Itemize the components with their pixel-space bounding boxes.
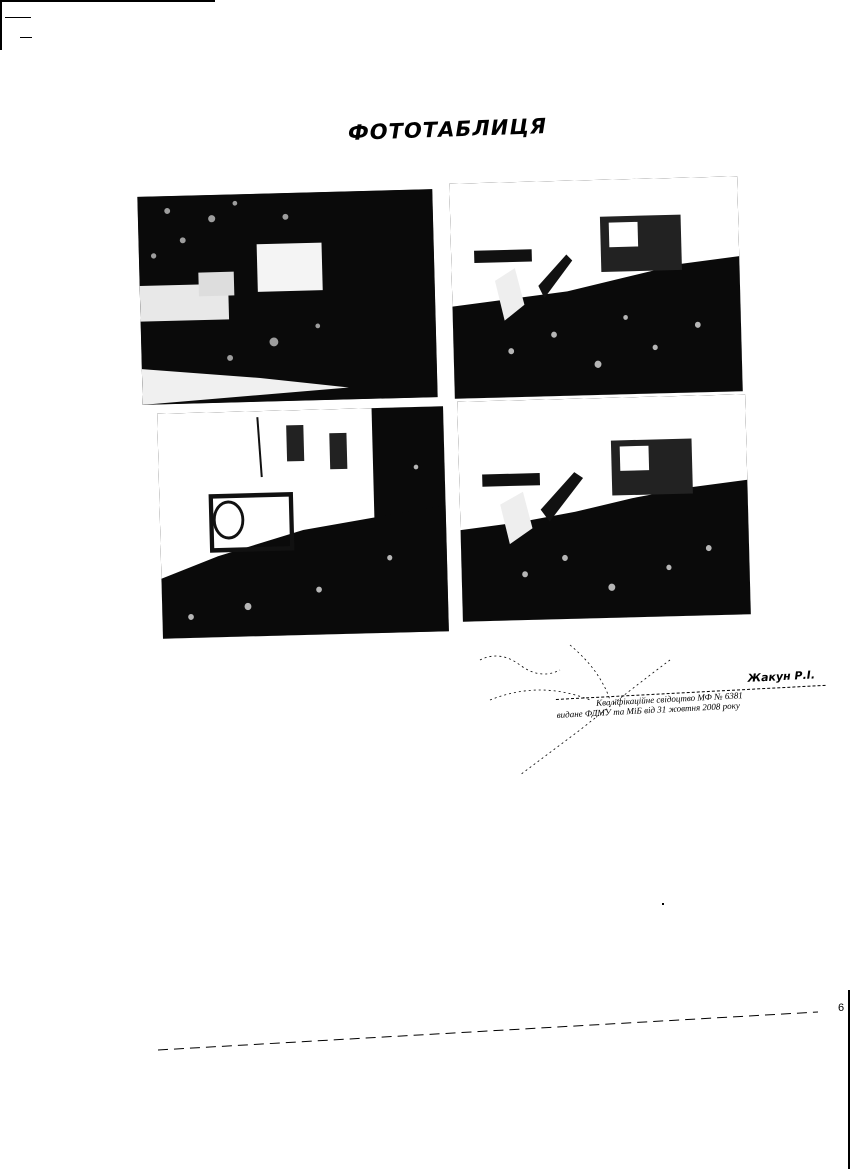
scan-speck: [662, 903, 664, 905]
scan-mark: [5, 17, 31, 18]
photo-3: [157, 406, 449, 638]
dashed-rule: [158, 1010, 818, 1055]
photo-4: [457, 394, 751, 621]
scan-mark: [20, 37, 32, 38]
scan-top-border: [0, 0, 215, 2]
page-number: 6: [838, 1002, 844, 1014]
photo-1: [137, 189, 437, 405]
scan-left-border: [0, 0, 2, 50]
photo-2: [449, 176, 743, 398]
page-title: ФОТОТАБЛИЦЯ: [348, 114, 548, 145]
